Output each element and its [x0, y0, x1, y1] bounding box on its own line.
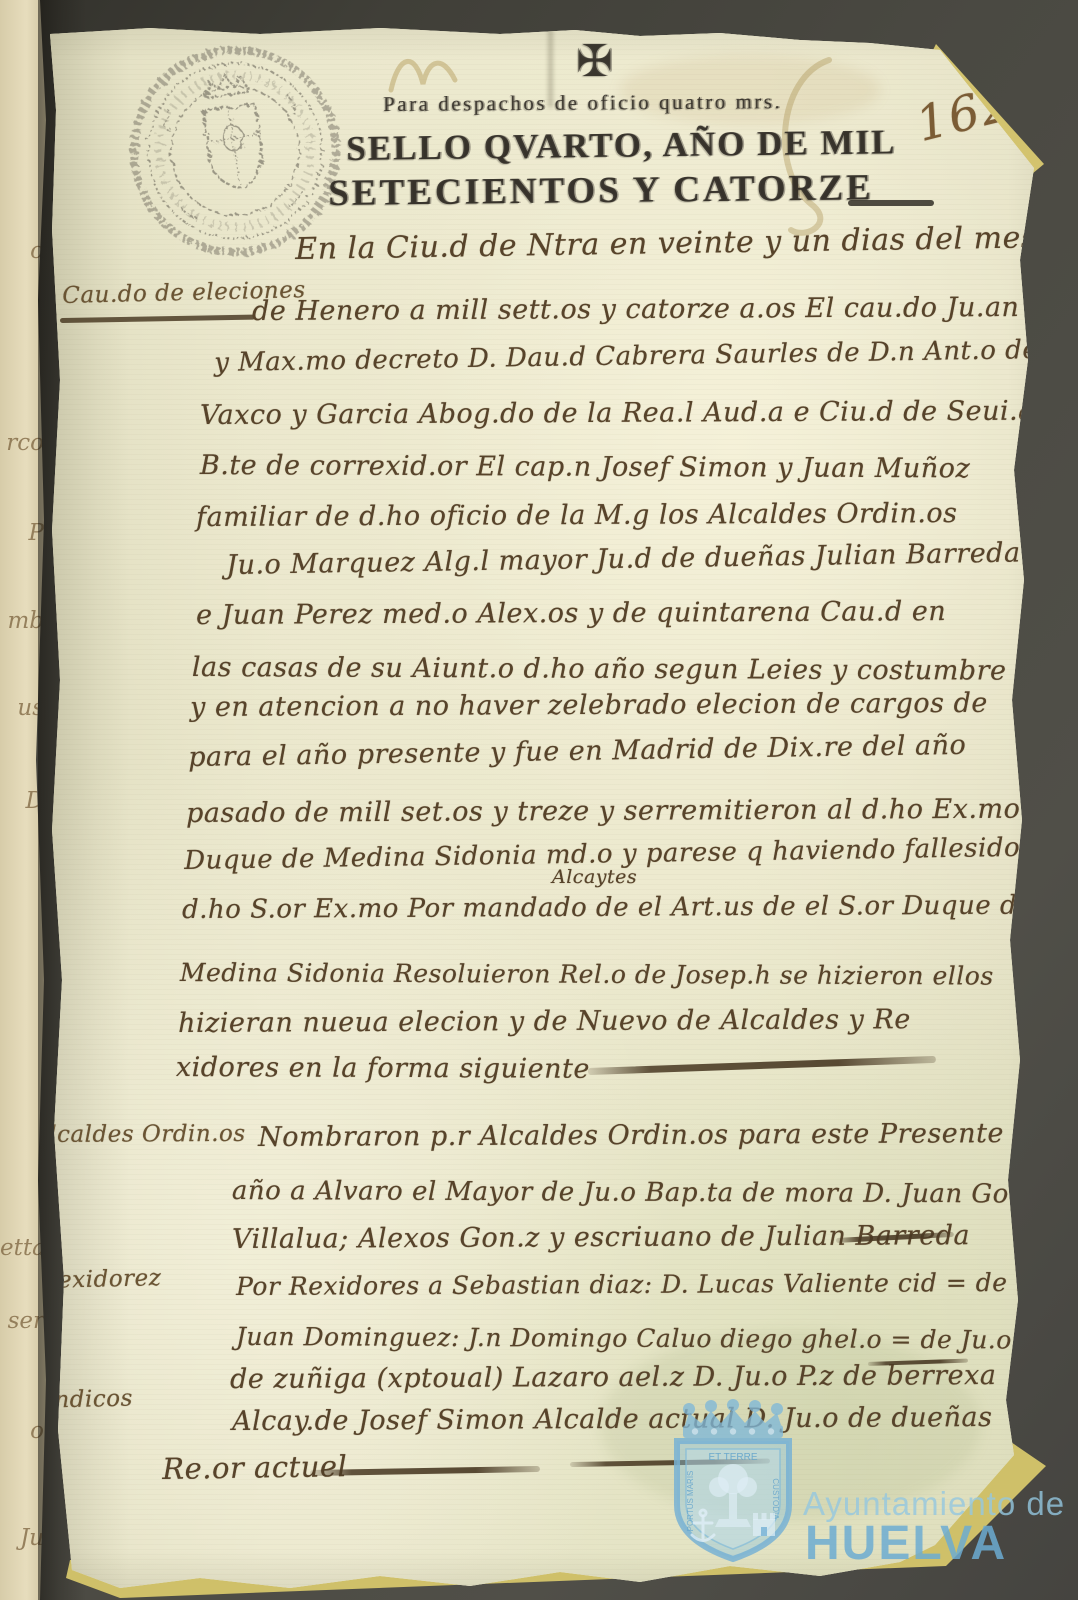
manuscript-line: Por Rexidores a Sebastian diaz: D. Lucas… — [236, 1268, 1053, 1301]
printed-rule — [848, 200, 934, 206]
ink-flourish — [385, 46, 465, 98]
manuscript-line: xidores en la forma siguiente — [176, 1052, 590, 1085]
manuscript-line: Medina Sidonia Resoluieron Rel.o de Jose… — [180, 958, 994, 991]
manuscript-line: Nombraron p.r Alcaldes Ordin.os para est… — [258, 1118, 1004, 1153]
shield-motto-top: ET TERRE — [708, 1452, 757, 1463]
manuscript-line: de Henero a mill sett.os y catorze a.os … — [252, 292, 1019, 327]
manuscript-line: En la Ciu.d de Ntra en veinte y un dias … — [295, 220, 1037, 267]
manuscript-line: d.ho S.or Ex.mo Por mandado de el Art.us… — [182, 891, 1033, 925]
manuscript-line: Re.or actuel — [162, 1449, 348, 1486]
manuscript-line: pasado de mill set.os y treze y serremit… — [186, 794, 1020, 829]
shield-tower — [753, 1513, 775, 1536]
manuscript-line: para el año presente y fue en Madrid de … — [188, 730, 966, 773]
stamp-seal-line-2: SETECIENTOS Y CATORZE — [328, 166, 874, 215]
manuscript-line: Vaxco y Garcia Abog.do de la Rea.l Aud.a… — [200, 396, 1035, 431]
manuscript-line: y Max.mo decreto D. Dau.d Cabrera Saurle… — [214, 335, 1047, 378]
folio-number: 162 — [911, 75, 1019, 153]
manuscript-line: año a Alvaro el Mayor de Ju.o Bap.ta de … — [232, 1176, 1064, 1210]
huelva-coat-of-arms: ET TERRE PORTUS MARIS CUSTODIA — [663, 1393, 803, 1569]
manuscript-line: e Juan Perez med.o Alex.os y de quintare… — [196, 596, 946, 631]
margin-note-alcaldes: Alcaldes Ordin.os — [32, 1121, 246, 1148]
cross-patee-ornament: ✠ — [576, 36, 613, 87]
archive-scan: o rco P mb us D etta ser o Ju — [0, 0, 1078, 1600]
watermark-city-text: HUELVA — [805, 1516, 1007, 1571]
manuscript-line: B.te de correxid.or El cap.n Josef Simon… — [200, 450, 970, 484]
manuscript-line: Juan Dominguez: J.n Domingo Caluo diego … — [236, 1322, 1012, 1354]
manuscript-line: hizieran nueua elecion y de Nuevo de Alc… — [178, 1004, 911, 1039]
stamp-seal-line-1: SELLO QVARTO, AÑO DE MIL — [346, 122, 897, 169]
margin-note-underline — [60, 315, 255, 323]
huelva-watermark: ET TERRE PORTUS MARIS CUSTODIA Ayuntamie… — [655, 1385, 1078, 1600]
document-page: ✠ Para despachos de oficio quatro mrs. S… — [0, 0, 1078, 1600]
manuscript-line: y en atencion a no haver zelebrado eleci… — [190, 688, 988, 723]
ink-rule — [588, 1056, 936, 1075]
manuscript-line: Ju.o Marquez Alg.l mayor Ju.d de dueñas … — [226, 538, 1021, 581]
manuscript-line: las casas de su Aiunt.o d.ho año segun L… — [192, 652, 1007, 687]
stamp-tax-line: Para despachos de oficio quatro mrs. — [383, 89, 782, 117]
manuscript-line: familiar de d.ho oficio de la M.g los Al… — [196, 498, 958, 533]
manuscript-superscript: Alcaytes — [552, 866, 637, 888]
